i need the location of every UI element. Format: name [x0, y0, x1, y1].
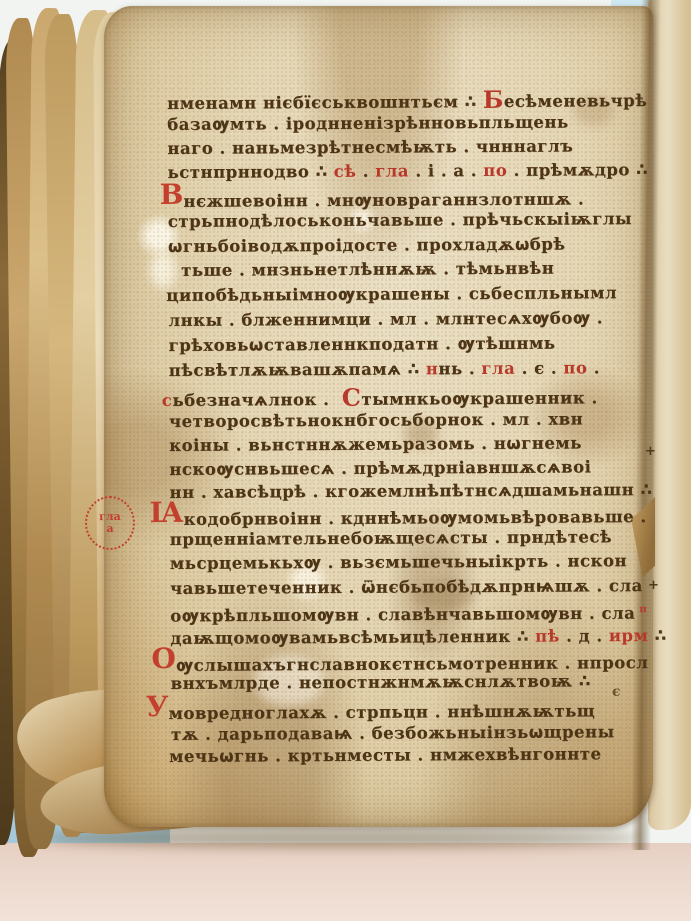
text-segment: по — [563, 358, 587, 377]
text-segment: пѣсвѣтлѫѭвашѫпамѧ ∴ — [169, 359, 426, 380]
text-segment: грѣховьѡставленнкподатн . ѹтѣшнмь — [169, 334, 556, 355]
text-segment: чавьшетеченник . ѿнєбьпобѣдѫпрнѩшѫ . сла — [170, 576, 643, 598]
text-segment: оѹкрѣпльшомѹвн . славѣнчавьшомѹвн . сла — [170, 604, 635, 626]
text-segment: пѣ — [535, 627, 560, 646]
rubric-initial: У — [146, 690, 167, 723]
text-segment: с — [162, 391, 173, 410]
manuscript-line-10: лнкы . блженнимци . мл . млнтесѧхѹбоѹ . — [168, 305, 603, 334]
text-segment: ирм — [609, 626, 649, 645]
text-segment: гла — [375, 161, 409, 180]
text-segment: есѣменевьчрѣ — [504, 91, 648, 111]
text-segment: по — [483, 161, 507, 180]
text-segment: . — [587, 358, 600, 377]
text-segment: даѭщомоѹвамьвсѣмьицѣленник ∴ — [170, 627, 535, 648]
text-segment: внхъмлрде . непостнжнмѫѭснлѫтвоѭ ∴ — [171, 671, 591, 693]
text-segment: . і . а . — [409, 161, 483, 180]
text-segment: ьстнпрннодво ∴ — [167, 162, 333, 182]
manuscript-text-block: нменамн нієбїєськвошнтьєм ∴ Бесѣменевьчр… — [0, 0, 691, 921]
text-segment: сѣ — [334, 162, 357, 181]
manuscript-line-12: пѣсвѣтлѫѭвашѫпамѧ ∴ ннь . гла . є . по . — [169, 355, 600, 384]
marginal-rubric-note: гла а — [85, 496, 135, 550]
manuscript-photo: + + нменамн нієбїєськвошнтьєм ∴ Бесѣмене… — [0, 0, 691, 921]
text-segment: . — [356, 162, 375, 181]
text-segment: наго . наньмезрѣтнесмѣѭть . чнннаглъ — [167, 136, 573, 157]
text-segment: стрьпнодѣлоськоньчавьше . прѣчьскыіѭглы — [168, 209, 632, 231]
text-segment: коіны . вьнстннѫжемьразомь . нѡгнемь — [169, 433, 582, 455]
manuscript-line-11: грѣховьѡставленнкподатн . ѹтѣшнмь — [168, 331, 555, 359]
text-segment: п — [635, 604, 647, 615]
text-segment: тьше . мнзньнетлѣннѫѭ . тѣмьнвѣн — [181, 259, 554, 280]
marginal-note-bottom: а — [106, 523, 113, 535]
text-segment: ѡгньбоіводѫпроідосте . прохладѫѡбрѣ — [168, 235, 566, 256]
rubric-initial: В — [160, 178, 182, 211]
text-segment: прщенніамтельнебоѭщесѧсты . прндѣтесѣ — [170, 527, 612, 549]
right-margin-letter: є — [612, 684, 621, 700]
text-segment: . прѣмѫдро ∴ — [507, 160, 648, 180]
text-segment: . д . — [560, 626, 609, 645]
text-segment: мечьѡгнь . кртьнместы . нмжехвѣнгоннте — [169, 744, 602, 766]
text-segment: мьсрцемькьхѹ . вьзємьшечьныікрть . нскон — [170, 551, 627, 573]
text-segment: ∴ — [648, 626, 666, 645]
rubric-initial: ІА — [149, 496, 181, 529]
manuscript-line-8: тьше . мнзньнетлѣннѫѭ . тѣмьнвѣн — [181, 256, 554, 284]
text-segment: четворосвѣтьнокнбгосьборнок . мл . хвн — [169, 409, 583, 431]
text-segment: ципобѣдьныімноѹкрашены . сьбеспльнымл — [166, 283, 617, 305]
text-segment: нскоѹснвьшесѧ . прѣмѫдрніавншѫсѧвоі — [169, 457, 591, 479]
text-segment: н — [426, 359, 439, 378]
text-segment: гла — [481, 359, 515, 378]
text-segment: . є . — [515, 359, 563, 378]
text-segment: лнкы . блженнимци . мл . млнтесѧхѹбоѹ . — [168, 308, 603, 330]
manuscript-line-28: мечьѡгнь . кртьнместы . нмжехвѣнгоннте — [169, 741, 602, 770]
text-segment: нь . — [438, 359, 481, 378]
text-segment: ьбезначѧлнок . — [172, 390, 342, 410]
manuscript-line-25: внхъмлрде . непостнжнмѫѭснлѫтвоѭ ∴ — [171, 668, 591, 697]
text-segment: базаѹмть . іроднненізрѣнновьпльщень — [167, 113, 569, 134]
text-segment: нн . хавсѣцрѣ . кгожемлнѣпѣтнсѧдшамьнашн… — [169, 480, 652, 502]
